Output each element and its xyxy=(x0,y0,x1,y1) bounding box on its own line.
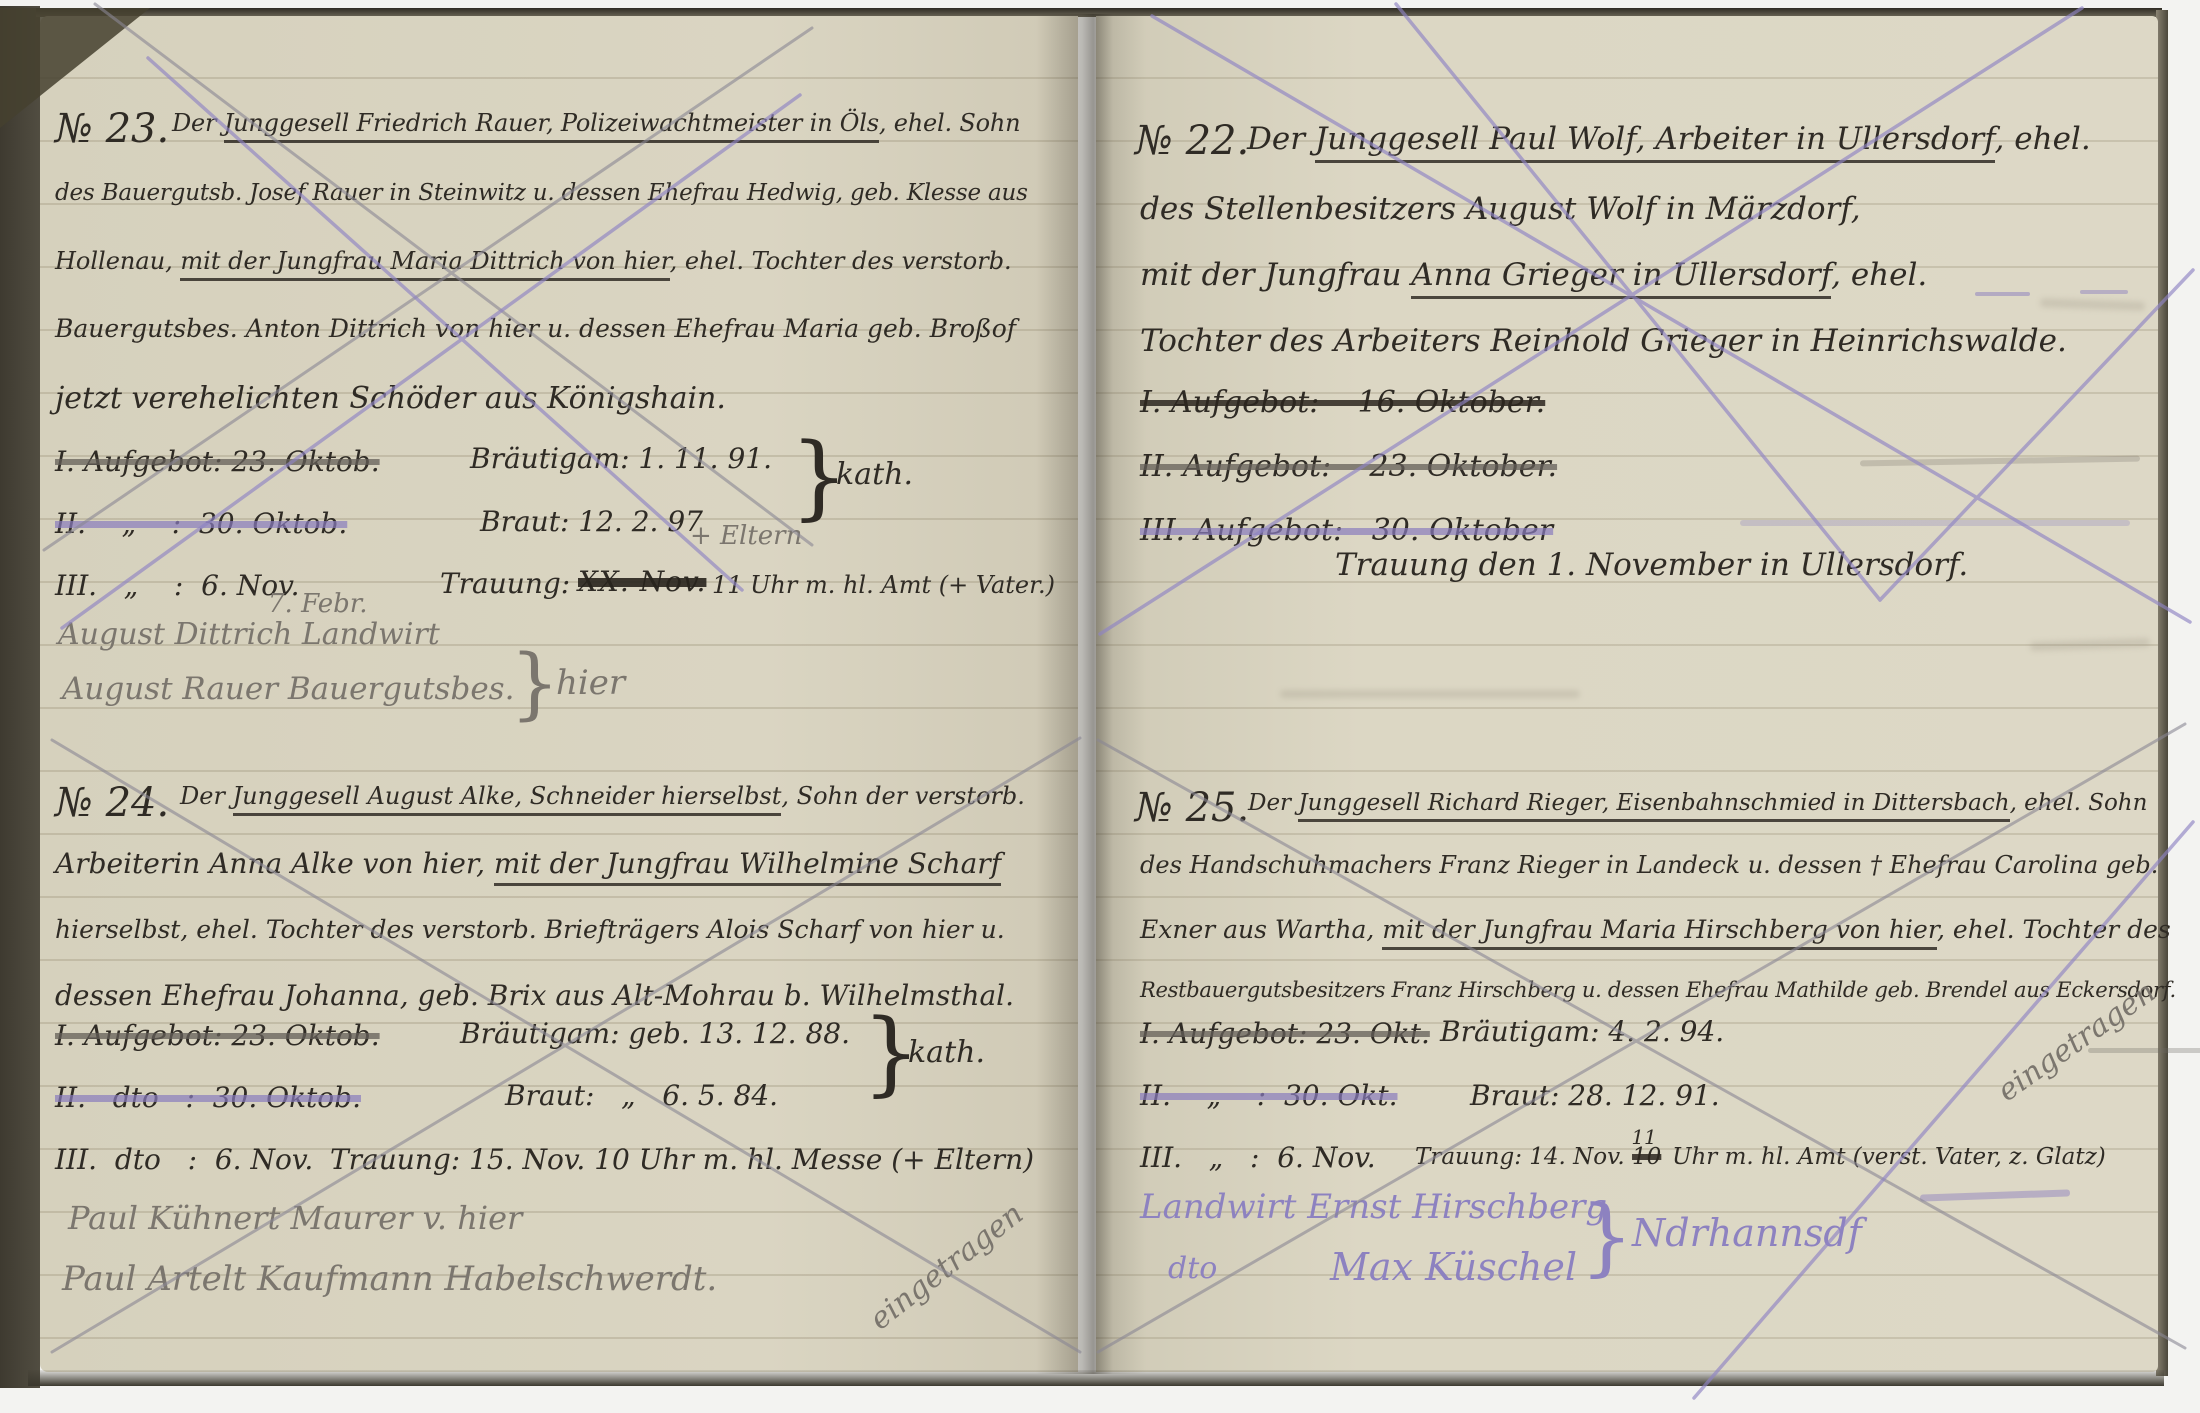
cancellation-crosses xyxy=(0,0,2200,1413)
register-book-photo: № 23. Der Junggesell Friedrich Rauer, Po… xyxy=(0,0,2200,1413)
